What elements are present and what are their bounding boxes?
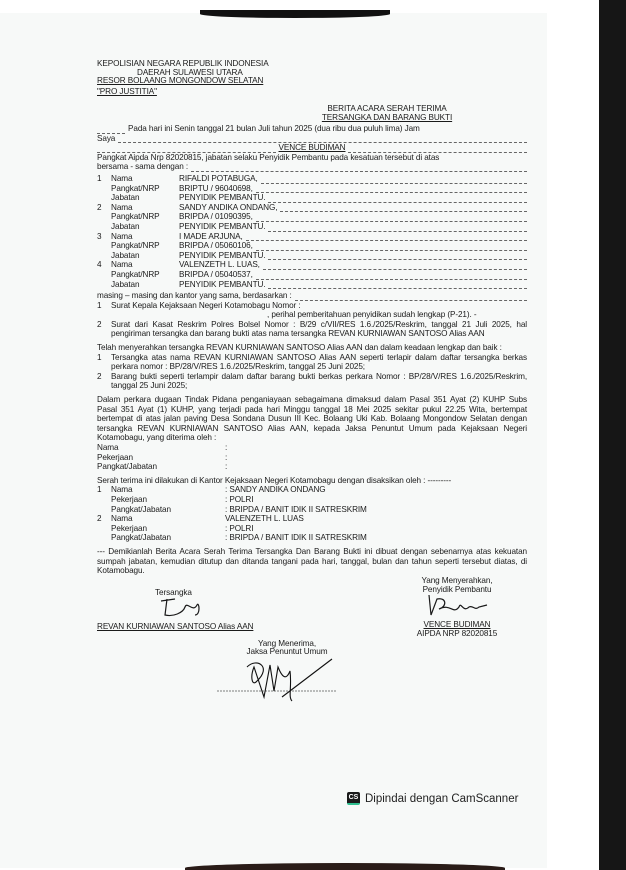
basis-intro: masing – masing dan kantor yang sama, be… [97, 291, 292, 301]
watermark-text: Dipindai dengan CamScanner [365, 793, 518, 805]
basis-item1: Surat Kepala Kejaksaan Negeri Kotamobagu… [111, 301, 301, 311]
handover-section: Telah menyerahkan tersangka REVAN KURNIA… [97, 343, 527, 391]
officer-number: 2 [97, 203, 111, 213]
witness-pekerjaan: : POLRI [225, 524, 253, 534]
signature-area: Tersangka REVAN KURNIAWAN SANTOSO Alias … [97, 582, 527, 722]
basis-item2: Surat dari Kasat Reskrim Polres Bolsel N… [111, 320, 527, 339]
basis-item1-cont: , perihal pemberitahuan penyidikan sudah… [97, 310, 527, 320]
colon: : [225, 443, 227, 453]
basis-section: masing – masing dan kantor yang sama, be… [97, 291, 527, 339]
investigator-role2: Penyidik Pembantu [387, 585, 527, 595]
officer-row: Pangkat/NRPBRIPTU / 96040698, [97, 184, 527, 194]
document-body: KEPOLISIAN NEGARA REPUBLIK INDONESIA DAE… [97, 60, 527, 722]
opening-line3: Pangkat Aipda Nrp 82020815, jabatan sela… [97, 153, 527, 163]
suspect-signature [153, 597, 213, 619]
receiver-nama-label: Nama [97, 443, 225, 453]
receiver-pekerjaan-label: Pekerjaan [97, 453, 225, 463]
witness-field-label: Pangkat/Jabatan [111, 533, 225, 543]
witness-row: Pangkat/Jabatan: BRIPDA / BANIT IDIK II … [97, 533, 527, 543]
signature-suspect: Tersangka REVAN KURNIAWAN SANTOSO Alias … [97, 582, 297, 632]
officer-row: Pangkat/NRPBRIPDA / 01090395, [97, 212, 527, 222]
letterhead: KEPOLISIAN NEGARA REPUBLIK INDONESIA DAE… [97, 60, 527, 96]
officer-number [97, 184, 111, 194]
officer-jabatan: PENYIDIK PEMBANTU. [177, 251, 265, 261]
officer-row: 1NamaRIFALDI POTABUGA, [97, 174, 527, 184]
witness-pangkat: : BRIPDA / BANIT IDIK II SATRESKRIM [225, 505, 367, 515]
suspect-role: Tersangka [97, 588, 297, 598]
witness-number: 1 [97, 485, 111, 495]
witness-section: Serah terima ini dilakukan di Kantor Kej… [97, 476, 527, 543]
officer-nama: I MADE ARJUNA, [177, 232, 243, 242]
witness-field-label: Pangkat/Jabatan [111, 505, 225, 515]
witness-number [97, 495, 111, 505]
officer-field-label: Jabatan [111, 222, 177, 232]
officer-nama: VALENZETH L. LUAS, [177, 260, 260, 270]
officer-field-label: Nama [111, 174, 177, 184]
officer-nama: RIFALDI POTABUGA, [177, 174, 258, 184]
officer-row: 2NamaSANDY ANDIKA ONDANG, [97, 203, 527, 213]
officer-jabatan: PENYIDIK PEMBANTU. [177, 193, 265, 203]
opening-section: Pada hari ini Senin tanggal 21 bulan Jul… [97, 124, 527, 172]
officer-number: 4 [97, 260, 111, 270]
dark-background-edge [599, 0, 626, 870]
officer-field-label: Pangkat/NRP [111, 212, 177, 222]
saya-label: Saya [97, 134, 115, 144]
binder-clip-top [200, 10, 390, 18]
officer-field-label: Jabatan [111, 280, 177, 290]
witness-row: Pekerjaan: POLRI [97, 495, 527, 505]
officer-pangkat: BRIPDA / 05060106, [177, 241, 253, 251]
handover-intro: Telah menyerahkan tersangka REVAN KURNIA… [97, 343, 527, 353]
receiver-pangkat-label: Pangkat/Jabatan [97, 462, 225, 472]
officer-field-label: Nama [111, 232, 177, 242]
officer-number [97, 241, 111, 251]
investigator-name: VENCE BUDIMAN [387, 620, 527, 630]
officer-row: JabatanPENYIDIK PEMBANTU. [97, 280, 527, 290]
title-line1: BERITA ACARA SERAH TERIMA [247, 104, 527, 113]
officer-field-label: Pangkat/NRP [111, 270, 177, 280]
officer-row: Pangkat/NRPBRIPDA / 05040537, [97, 270, 527, 280]
receiver-fields: Nama: Pekerjaan: Pangkat/Jabatan: [97, 443, 527, 472]
witness-intro: Serah terima ini dilakukan di Kantor Kej… [97, 476, 527, 486]
investigator-nrp: AIPDA NRP 82020815 [387, 629, 527, 639]
officer-field-label: Jabatan [111, 193, 177, 203]
opening-line4: bersama - sama dengan : [97, 162, 188, 172]
officer-number [97, 222, 111, 232]
officer-pangkat: BRIPTU / 96040698, [177, 184, 253, 194]
officer-field-label: Nama [111, 260, 177, 270]
officer-row: Pangkat/NRPBRIPDA / 05060106, [97, 241, 527, 251]
officer-list: 1NamaRIFALDI POTABUGA,Pangkat/NRPBRIPTU … [97, 174, 527, 289]
officer-number: 3 [97, 232, 111, 242]
officer-number: 1 [97, 174, 111, 184]
camscanner-icon: CS [347, 792, 360, 805]
witness-number [97, 505, 111, 515]
camscanner-watermark: CS Dipindai dengan CamScanner [347, 792, 518, 805]
officer-name: VENCE BUDIMAN [279, 143, 346, 153]
witness-number [97, 533, 111, 543]
letterhead-line3: RESOR BOLAANG MONGONDOW SELATAN [97, 77, 527, 86]
officer-row: JabatanPENYIDIK PEMBANTU. [97, 193, 527, 203]
colon: : [225, 453, 227, 463]
closing-paragraph: --- Demikianlah Berita Acara Serah Terim… [97, 547, 527, 576]
signature-investigator: Yang Menyerahkan, Penyidik Pembantu VENC… [387, 576, 527, 639]
prosecutor-role2: Jaksa Penuntut Umum [207, 648, 367, 657]
witness-row: Pangkat/Jabatan: BRIPDA / BANIT IDIK II … [97, 505, 527, 515]
witness-field-label: Pekerjaan [111, 495, 225, 505]
witness-number: 2 [97, 514, 111, 524]
witness-field-label: Pekerjaan [111, 524, 225, 534]
officer-row: JabatanPENYIDIK PEMBANTU. [97, 222, 527, 232]
witness-nama: : SANDY ANDIKA ONDANG [225, 485, 326, 495]
officer-number [97, 193, 111, 203]
officer-jabatan: PENYIDIK PEMBANTU. [177, 222, 265, 232]
officer-number [97, 251, 111, 261]
handover-item1: Tersangka atas nama REVAN KURNIAWAN SANT… [111, 353, 527, 372]
signature-prosecutor: Yang Menerima, Jaksa Penuntut Umum [207, 640, 367, 710]
officer-jabatan: PENYIDIK PEMBANTU. [177, 280, 265, 290]
officer-pangkat: BRIPDA / 05040537, [177, 270, 253, 280]
binder-clip-bottom [185, 863, 505, 870]
prosecutor-signature [212, 657, 362, 707]
officer-field-label: Pangkat/NRP [111, 184, 177, 194]
opening-line1: Pada hari ini Senin tanggal 21 bulan Jul… [128, 124, 420, 134]
officer-field-label: Nama [111, 203, 177, 213]
investigator-role1: Yang Menyerahkan, [387, 576, 527, 586]
officer-field-label: Jabatan [111, 251, 177, 261]
officer-pangkat: BRIPDA / 01090395, [177, 212, 253, 222]
investigator-signature [417, 595, 497, 617]
witness-row: Pekerjaan: POLRI [97, 524, 527, 534]
witness-row: 1Nama: SANDY ANDIKA ONDANG [97, 485, 527, 495]
pro-justitia: "PRO JUSTITIA" [97, 88, 527, 97]
witness-pekerjaan: : POLRI [225, 495, 253, 505]
officer-field-label: Pangkat/NRP [111, 241, 177, 251]
document-title: BERITA ACARA SERAH TERIMA TERSANGKA DAN … [97, 104, 527, 122]
case-paragraph: Dalam perkara dugaan Tindak Pidana penga… [97, 395, 527, 443]
officer-row: 3NamaI MADE ARJUNA, [97, 232, 527, 242]
witness-nama: VALENZETH L. LUAS [225, 514, 304, 524]
officer-number [97, 212, 111, 222]
witness-number [97, 524, 111, 534]
suspect-name: REVAN KURNIAWAN SANTOSO Alias AAN [97, 622, 297, 632]
colon: : [225, 462, 227, 472]
officer-row: 4NamaVALENZETH L. LUAS, [97, 260, 527, 270]
handover-item2: Barang bukti seperti terlampir dalam daf… [111, 372, 527, 391]
officer-nama: SANDY ANDIKA ONDANG, [177, 203, 277, 213]
witness-row: 2NamaVALENZETH L. LUAS [97, 514, 527, 524]
officer-number [97, 280, 111, 290]
officer-row: JabatanPENYIDIK PEMBANTU. [97, 251, 527, 261]
witness-field-label: Nama [111, 514, 225, 524]
officer-number [97, 270, 111, 280]
witness-pangkat: : BRIPDA / BANIT IDIK II SATRESKRIM [225, 533, 367, 543]
title-line2: TERSANGKA DAN BARANG BUKTI [247, 113, 527, 122]
witness-field-label: Nama [111, 485, 225, 495]
